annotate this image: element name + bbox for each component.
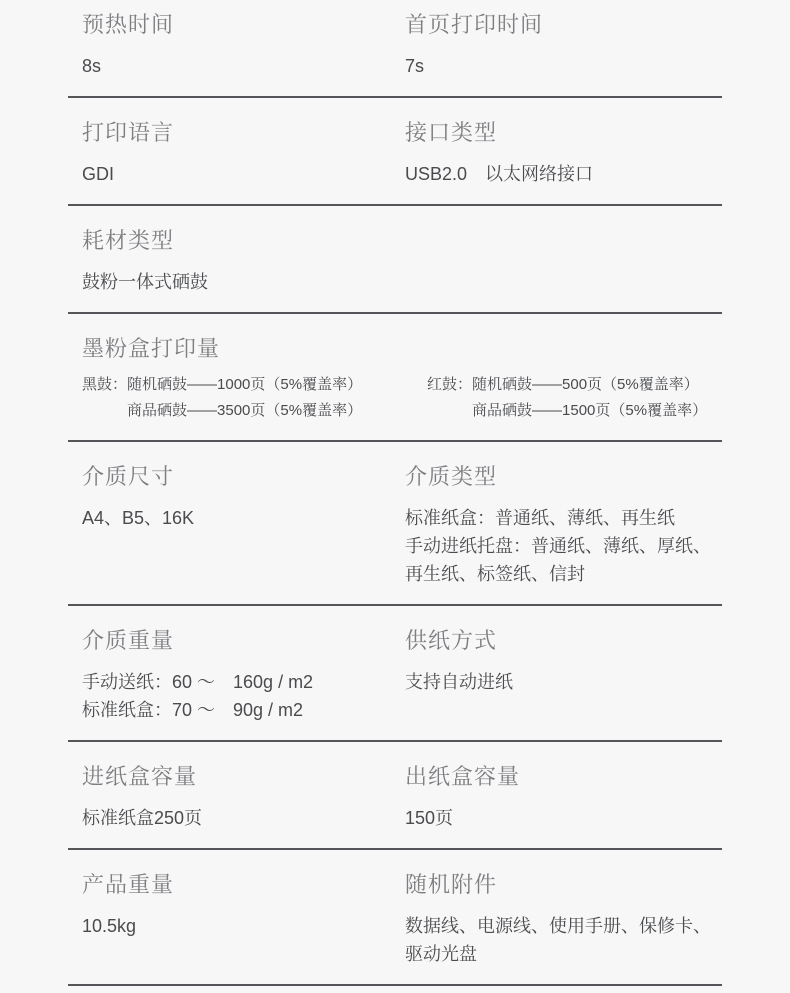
spec-title-first-page-time: 首页打印时间 [405, 10, 722, 40]
spec-value-interface-type: USB2.0 以太网络接口 [405, 160, 722, 188]
toner-rows-red: 随机硒鼓——500页（5%覆盖率） 商品硒鼓——1500页（5%覆盖率） [472, 372, 707, 424]
spec-section-tray-capacity: 进纸盒容量 标准纸盒250页 出纸盒容量 150页 [68, 742, 722, 850]
toner-rows-black: 随机硒鼓——1000页（5%覆盖率） 商品硒鼓——3500页（5%覆盖率） [127, 372, 362, 424]
spec-item-interface-type: 接口类型 USB2.0 以太网络接口 [405, 118, 722, 188]
spec-value-consumable-type: 鼓粉一体式硒鼓 [82, 268, 722, 296]
spec-item-print-language: 打印语言 GDI [82, 118, 405, 188]
spec-value-warmup-time: 8s [82, 52, 405, 80]
spec-section-language-interface: 打印语言 GDI 接口类型 USB2.0 以太网络接口 [68, 98, 722, 206]
spec-value-media-type: 标准纸盒：普通纸、薄纸、再生纸 手动进纸托盘：普通纸、薄纸、厚纸、再生纸、标签纸… [405, 504, 722, 588]
spec-title-product-weight: 产品重量 [82, 870, 405, 900]
spec-section-weight-accessories: 产品重量 10.5kg 随机附件 数据线、电源线、使用手册、保修卡、驱动光盘 [68, 850, 722, 986]
spec-columns: 产品重量 10.5kg 随机附件 数据线、电源线、使用手册、保修卡、驱动光盘 [82, 870, 722, 968]
spec-item-warmup-time: 预热时间 8s [82, 10, 405, 80]
spec-columns: 介质尺寸 A4、B5、16K 介质类型 标准纸盒：普通纸、薄纸、再生纸 手动进纸… [82, 462, 722, 588]
toner-row-black-standard: 商品硒鼓——3500页（5%覆盖率） [127, 398, 362, 424]
spec-item-first-page-time: 首页打印时间 7s [405, 10, 722, 80]
spec-section-consumable-type: 耗材类型 鼓粉一体式硒鼓 [68, 206, 722, 314]
spec-section-warmup-firstpage: 预热时间 8s 首页打印时间 7s [68, 0, 722, 98]
toner-row-red-starter: 随机硒鼓——500页（5%覆盖率） [472, 372, 707, 398]
spec-section-media-size-type: 介质尺寸 A4、B5、16K 介质类型 标准纸盒：普通纸、薄纸、再生纸 手动进纸… [68, 442, 722, 606]
spec-item-media-weight: 介质重量 手动送纸：60 ～ 160g / m2 标准纸盒：70 ～ 90g /… [82, 626, 405, 724]
spec-value-print-language: GDI [82, 160, 405, 188]
spec-item-feed-mode: 供纸方式 支持自动进纸 [405, 626, 722, 696]
spec-columns: 预热时间 8s 首页打印时间 7s [82, 10, 722, 80]
spec-title-toner-yield: 墨粉盒打印量 [82, 334, 722, 364]
spec-item-input-capacity: 进纸盒容量 标准纸盒250页 [82, 762, 405, 832]
spec-value-feed-mode: 支持自动进纸 [405, 668, 722, 696]
toner-row-black-starter: 随机硒鼓——1000页（5%覆盖率） [127, 372, 362, 398]
toner-label-red: 红鼓： [427, 372, 472, 424]
spec-title-media-size: 介质尺寸 [82, 462, 405, 492]
spec-title-output-capacity: 出纸盒容量 [405, 762, 722, 792]
spec-item-product-weight: 产品重量 10.5kg [82, 870, 405, 940]
toner-label-black: 黑鼓： [82, 372, 127, 424]
spec-title-media-weight: 介质重量 [82, 626, 405, 656]
spec-section-toner-yield: 墨粉盒打印量 黑鼓： 随机硒鼓——1000页（5%覆盖率） 商品硒鼓——3500… [68, 314, 722, 442]
printer-spec-sheet: 预热时间 8s 首页打印时间 7s 打印语言 GDI 接口类型 USB2.0 以… [68, 0, 722, 986]
spec-value-media-size: A4、B5、16K [82, 504, 405, 532]
spec-title-feed-mode: 供纸方式 [405, 626, 722, 656]
spec-title-print-language: 打印语言 [82, 118, 405, 148]
spec-item-media-size: 介质尺寸 A4、B5、16K [82, 462, 405, 532]
spec-value-media-weight: 手动送纸：60 ～ 160g / m2 标准纸盒：70 ～ 90g / m2 [82, 668, 405, 724]
spec-value-product-weight: 10.5kg [82, 912, 405, 940]
spec-title-input-capacity: 进纸盒容量 [82, 762, 405, 792]
spec-value-accessories: 数据线、电源线、使用手册、保修卡、驱动光盘 [405, 912, 722, 968]
spec-value-output-capacity: 150页 [405, 804, 722, 832]
spec-item-output-capacity: 出纸盒容量 150页 [405, 762, 722, 832]
toner-group-red: 红鼓： 随机硒鼓——500页（5%覆盖率） 商品硒鼓——1500页（5%覆盖率） [427, 372, 722, 424]
spec-value-first-page-time: 7s [405, 52, 722, 80]
toner-group-black: 黑鼓： 随机硒鼓——1000页（5%覆盖率） 商品硒鼓——3500页（5%覆盖率… [82, 372, 427, 424]
spec-title-warmup-time: 预热时间 [82, 10, 405, 40]
spec-columns: 进纸盒容量 标准纸盒250页 出纸盒容量 150页 [82, 762, 722, 832]
spec-columns: 介质重量 手动送纸：60 ～ 160g / m2 标准纸盒：70 ～ 90g /… [82, 626, 722, 724]
spec-item-media-type: 介质类型 标准纸盒：普通纸、薄纸、再生纸 手动进纸托盘：普通纸、薄纸、厚纸、再生… [405, 462, 722, 588]
spec-value-input-capacity: 标准纸盒250页 [82, 804, 405, 832]
spec-section-media-weight-feed: 介质重量 手动送纸：60 ～ 160g / m2 标准纸盒：70 ～ 90g /… [68, 606, 722, 742]
toner-row-red-standard: 商品硒鼓——1500页（5%覆盖率） [472, 398, 707, 424]
spec-title-media-type: 介质类型 [405, 462, 722, 492]
spec-columns: 打印语言 GDI 接口类型 USB2.0 以太网络接口 [82, 118, 722, 188]
spec-item-consumable-type: 耗材类型 鼓粉一体式硒鼓 [82, 226, 722, 296]
spec-item-accessories: 随机附件 数据线、电源线、使用手册、保修卡、驱动光盘 [405, 870, 722, 968]
toner-yield-columns: 黑鼓： 随机硒鼓——1000页（5%覆盖率） 商品硒鼓——3500页（5%覆盖率… [82, 372, 722, 424]
spec-title-interface-type: 接口类型 [405, 118, 722, 148]
spec-title-accessories: 随机附件 [405, 870, 722, 900]
spec-title-consumable-type: 耗材类型 [82, 226, 722, 256]
